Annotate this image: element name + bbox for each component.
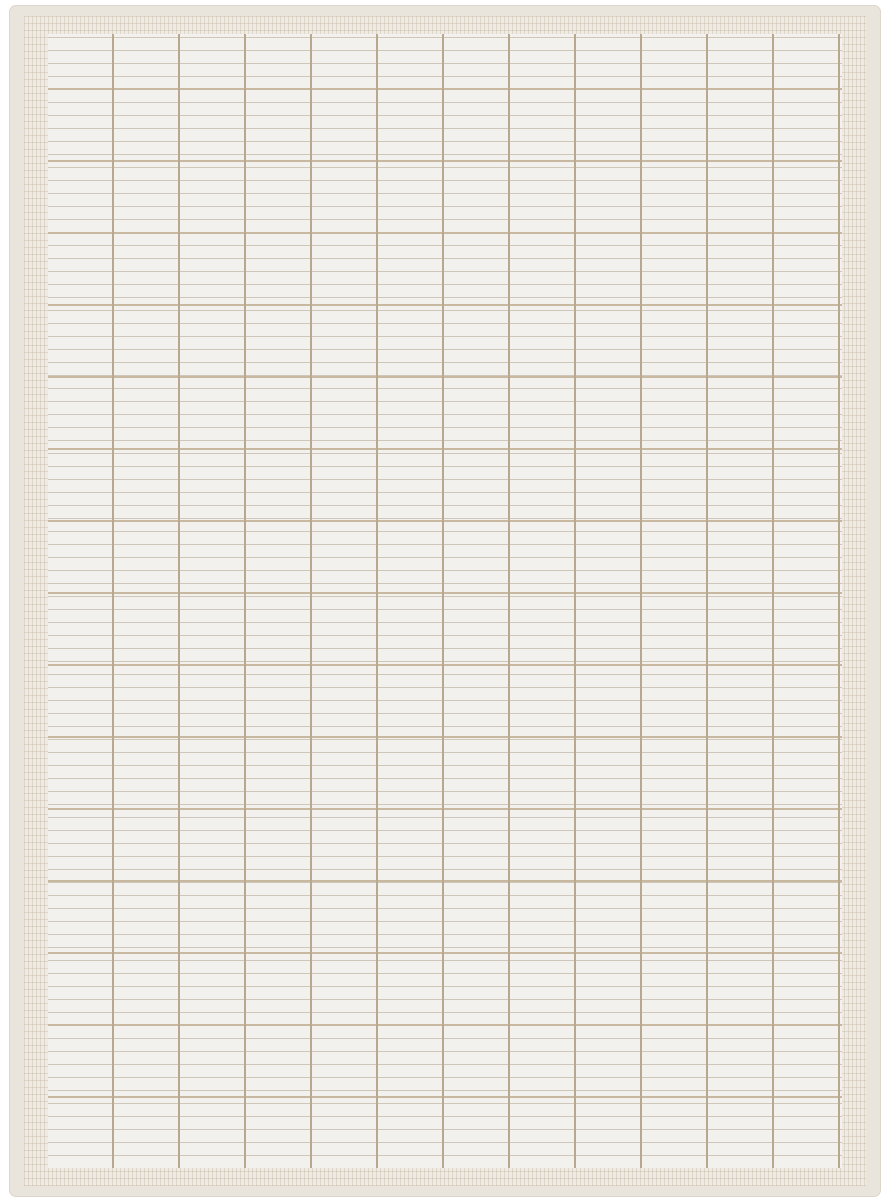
rug-grid-field — [48, 34, 842, 1168]
rug — [10, 6, 880, 1196]
